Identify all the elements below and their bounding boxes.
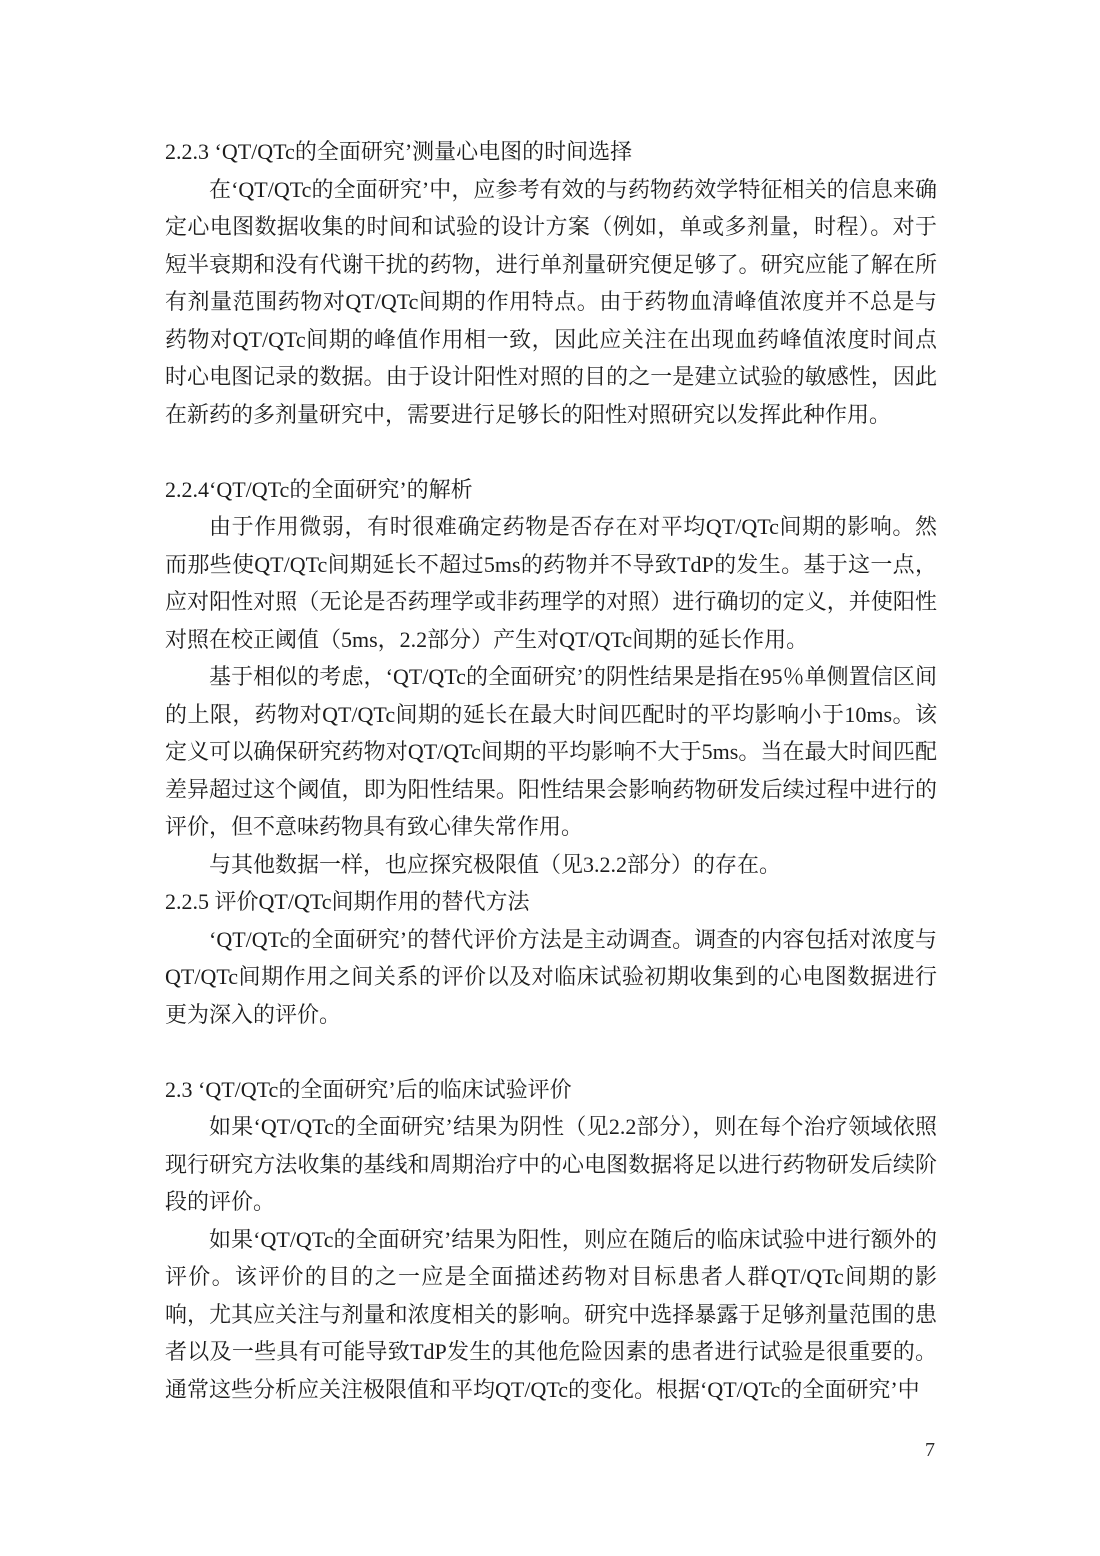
section-2-2-3: 2.2.3 ‘QT/QTc的全面研究’测量心电图的时间选择 在‘QT/QTc的全…: [165, 133, 937, 433]
page-number: 7: [918, 1437, 942, 1463]
section-2-3-paragraph-2: 如果‘QT/QTc的全面研究’结果为阳性，则应在随后的临床试验中进行额外的评价。…: [165, 1221, 937, 1409]
section-2-2-3-paragraph-1: 在‘QT/QTc的全面研究’中，应参考有效的与药物药效学特征相关的信息来确定心电…: [165, 171, 937, 434]
section-2-2-5-heading: 2.2.5 评价QT/QTc间期作用的替代方法: [165, 883, 937, 921]
section-2-3-heading: 2.3 ‘QT/QTc的全面研究’后的临床试验评价: [165, 1071, 937, 1109]
document-body: 2.2.3 ‘QT/QTc的全面研究’测量心电图的时间选择 在‘QT/QTc的全…: [165, 133, 937, 1408]
section-2-2-4: 2.2.4‘QT/QTc的全面研究’的解析 由于作用微弱，有时很难确定药物是否存…: [165, 471, 937, 884]
section-2-2-5: 2.2.5 评价QT/QTc间期作用的替代方法 ‘QT/QTc的全面研究’的替代…: [165, 883, 937, 1033]
section-2-2-4-paragraph-1: 由于作用微弱，有时很难确定药物是否存在对平均QT/QTc间期的影响。然而那些使Q…: [165, 508, 937, 658]
document-page: 2.2.3 ‘QT/QTc的全面研究’测量心电图的时间选择 在‘QT/QTc的全…: [0, 0, 1100, 1556]
section-2-2-4-paragraph-3: 与其他数据一样，也应探究极限值（见3.2.2部分）的存在。: [165, 846, 937, 884]
section-2-2-4-heading: 2.2.4‘QT/QTc的全面研究’的解析: [165, 471, 937, 509]
section-2-3: 2.3 ‘QT/QTc的全面研究’后的临床试验评价 如果‘QT/QTc的全面研究…: [165, 1071, 937, 1409]
section-2-2-5-paragraph-1: ‘QT/QTc的全面研究’的替代评价方法是主动调查。调查的内容包括对浓度与QT/…: [165, 921, 937, 1034]
section-2-3-paragraph-1: 如果‘QT/QTc的全面研究’结果为阴性（见2.2部分），则在每个治疗领域依照现…: [165, 1108, 937, 1221]
section-2-2-4-paragraph-2: 基于相似的考虑，‘QT/QTc的全面研究’的阴性结果是指在95％单侧置信区间的上…: [165, 658, 937, 846]
section-2-2-3-heading: 2.2.3 ‘QT/QTc的全面研究’测量心电图的时间选择: [165, 133, 937, 171]
